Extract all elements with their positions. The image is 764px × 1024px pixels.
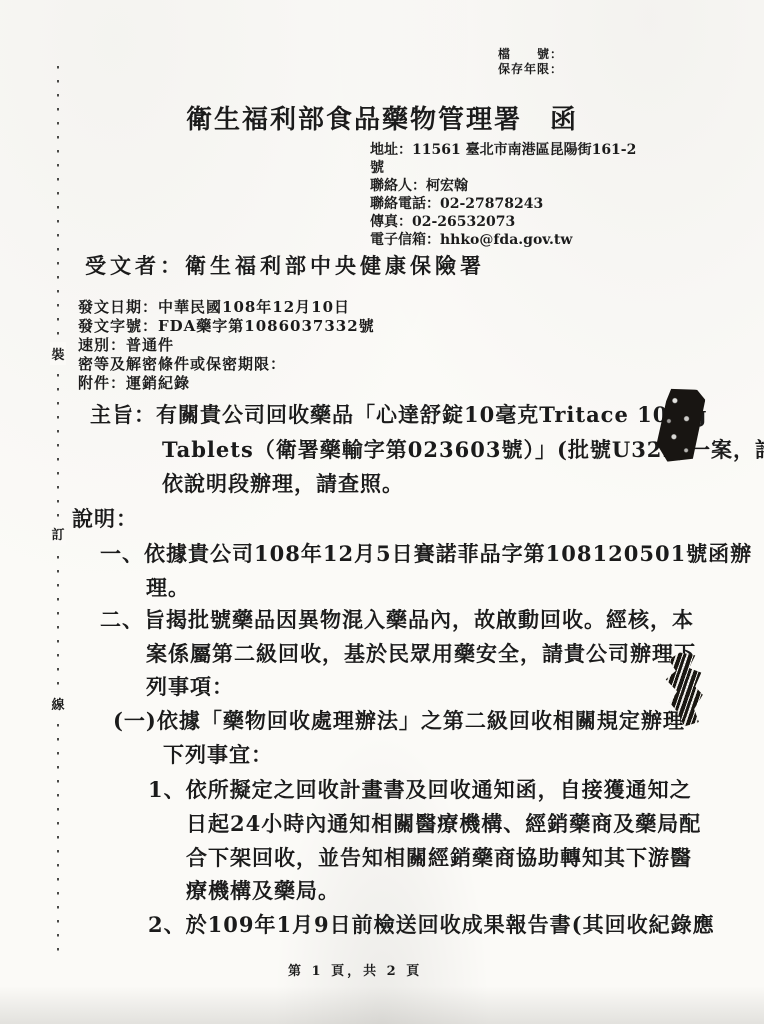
doc-number: 發文字號：FDA藥字第1086037332號 [78, 317, 375, 336]
contact-phone: 聯絡電話：02-27878243 [370, 195, 636, 213]
security-class: 密等及解密條件或保密期限： [78, 355, 375, 374]
binding-char-xian: 線 [50, 692, 66, 715]
item2-line-2: 案係屬第二級回收，基於民眾用藥安全，請貴公司辦理下 [146, 638, 696, 668]
retention-period-label: 保存年限： [498, 62, 563, 77]
page-indicator: 第 1 頁，共 2 頁 [288, 960, 422, 979]
speed-class: 速別：普通件 [78, 336, 375, 355]
contact-person: 聯絡人：柯宏翰 [370, 177, 636, 195]
point1-line-3: 合下架回收，並告知相關經銷藥商協助轉知其下游醫 [186, 842, 692, 872]
item1-line-2: 理。 [146, 572, 190, 602]
attachment: 附件：運銷紀錄 [78, 374, 375, 393]
address-line-2: 號 [370, 159, 636, 177]
file-number-block: 檔 號： 保存年限： [498, 47, 563, 77]
item2-line-1: 二、旨揭批號藥品因異物混入藥品內，故啟動回收。經核，本 [100, 604, 694, 634]
binding-char-zhuang: 裝 [50, 342, 66, 365]
subject-line-1: 主旨：有關貴公司回收藥品「心達舒錠10毫克Tritace 10mg [90, 399, 707, 429]
point1-line-1: 1、依所擬定之回收計畫書及回收通知函，自接獲通知之 [148, 774, 692, 804]
sub-item1-line-2: 下列事宜： [163, 739, 273, 769]
file-number-label: 檔 號： [498, 47, 563, 62]
subject-line-3: 依說明段辦理，請查照。 [162, 468, 404, 498]
point1-line-4: 療機構及藥局。 [186, 875, 340, 905]
item1-line-1: 一、依據貴公司108年12月5日賽諾菲品字第108120501號函辦 [100, 538, 752, 568]
sub-item1-line-1: (一)依據「藥物回收處理辦法」之第二級回收相關規定辦理 [113, 705, 685, 735]
contact-block: 地址：11561 臺北市南港區昆陽街161-2 號 聯絡人：柯宏翰 聯絡電話：0… [370, 141, 636, 249]
binding-char-ding: 訂 [50, 522, 66, 545]
scanned-official-letter: 裝 訂 線 檔 號： 保存年限： 衛生福利部食品藥物管理署 函 地址：11561… [0, 0, 764, 1024]
explanation-label: 說明： [72, 503, 138, 533]
issue-date: 發文日期：中華民國108年12月10日 [78, 298, 375, 317]
address-line-1: 地址：11561 臺北市南港區昆陽街161-2 [370, 141, 636, 159]
scan-edge-shadow [0, 986, 764, 1024]
contact-fax: 傳真：02-26532073 [370, 213, 636, 231]
agency-title: 衛生福利部食品藥物管理署 函 [0, 99, 764, 136]
document-meta-block: 發文日期：中華民國108年12月10日 發文字號：FDA藥字第108603733… [78, 298, 375, 393]
point2-line-1: 2、於109年1月9日前檢送回收成果報告書(其回收紀錄應 [148, 909, 715, 939]
contact-email: 電子信箱：hhko@fda.gov.tw [370, 231, 636, 249]
item2-line-3: 列事項： [146, 671, 234, 701]
point1-line-2: 日起24小時內通知相關醫療機構、經銷藥商及藥局配 [186, 808, 701, 838]
binding-dotted-line [57, 66, 59, 958]
recipient-line: 受文者：衛生福利部中央健康保險署 [85, 250, 485, 280]
